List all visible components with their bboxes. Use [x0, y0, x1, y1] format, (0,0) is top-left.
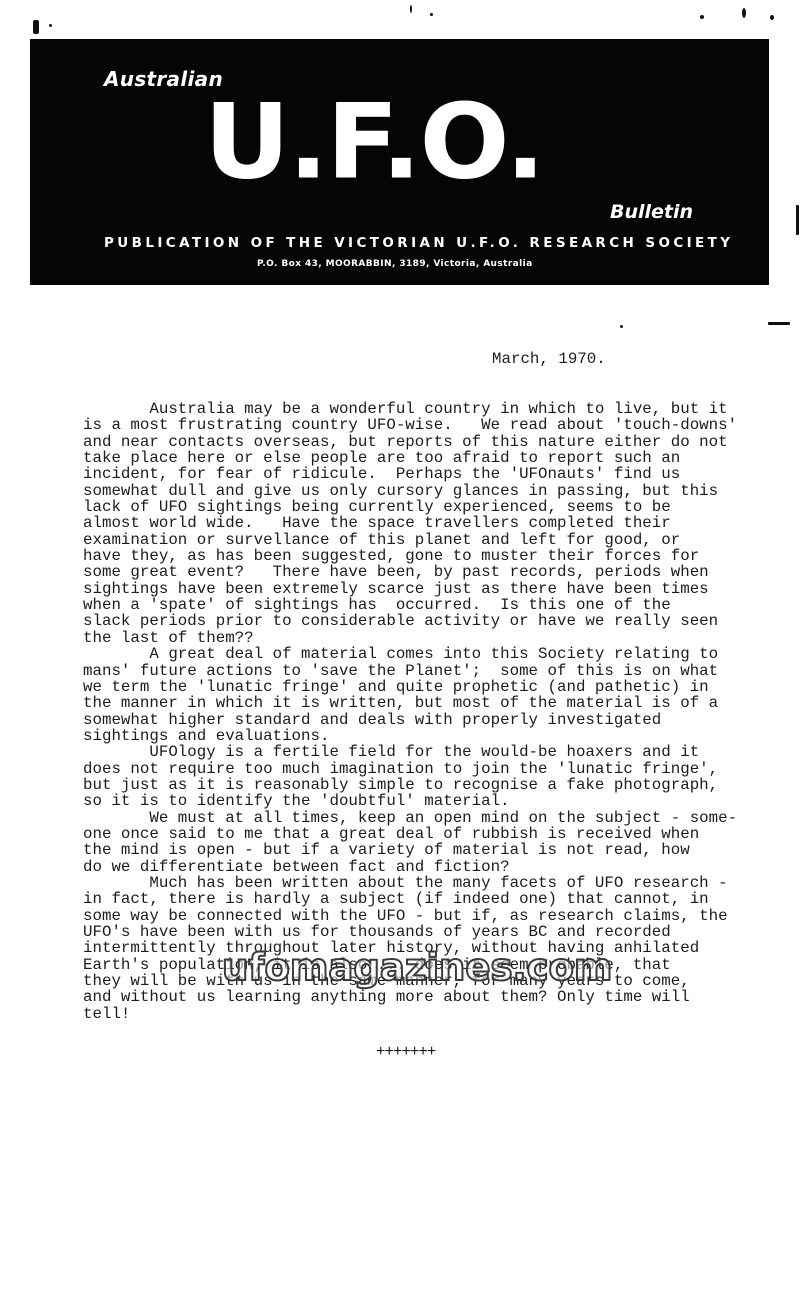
scan-artifact	[770, 15, 774, 20]
body-line: lack of UFO sightings being currently ex…	[83, 499, 783, 515]
body-line: somewhat higher standard and deals with …	[83, 712, 783, 728]
body-line: Australia may be a wonderful country in …	[83, 401, 783, 417]
body-line: sightings have been extremely scarce jus…	[83, 581, 783, 597]
body-line: mans' future actions to 'save the Planet…	[83, 663, 783, 679]
masthead-title: U.F.O.	[204, 90, 544, 194]
body-line: We must at all times, keep an open mind …	[83, 810, 783, 826]
scan-artifact	[410, 5, 412, 13]
body-line: and without us learning anything more ab…	[83, 989, 783, 1005]
body-line: when a 'spate' of sightings has occurred…	[83, 597, 783, 613]
masthead-subtitle: Bulletin	[610, 201, 693, 223]
body-line: UFOlogy is a fertile field for the would…	[83, 744, 783, 760]
body-line: so it is to identify the 'doubtful' mate…	[83, 793, 783, 809]
body-line: do we differentiate between fact and fic…	[83, 859, 783, 875]
body-line: the mind is open - but if a variety of m…	[83, 842, 783, 858]
body-line: take place here or else people are too a…	[83, 450, 783, 466]
body-line: somewhat dull and give us only cursory g…	[83, 483, 783, 499]
body-line: one once said to me that a great deal of…	[83, 826, 783, 842]
body-line: examination or survellance of this plane…	[83, 532, 783, 548]
body-line: tell!	[83, 1006, 783, 1022]
scan-artifact	[768, 322, 790, 325]
watermark: ufomagazines.com	[222, 946, 612, 989]
scan-artifact	[49, 24, 52, 27]
body-line: slack periods prior to considerable acti…	[83, 613, 783, 629]
body-line: we term the 'lunatic fringe' and quite p…	[83, 679, 783, 695]
body-line: Much has been written about the many fac…	[83, 875, 783, 891]
body-line: and near contacts overseas, but reports …	[83, 434, 783, 450]
scan-artifact	[700, 15, 704, 19]
body-line: have they, as has been suggested, gone t…	[83, 548, 783, 564]
body-line: the last of them??	[83, 630, 783, 646]
body-line: some great event? There have been, by pa…	[83, 564, 783, 580]
body-line: is a most frustrating country UFO-wise. …	[83, 417, 783, 433]
editorial-body: Australia may be a wonderful country in …	[83, 401, 783, 1022]
body-line: the manner in which it is written, but m…	[83, 695, 783, 711]
scan-artifact	[796, 205, 799, 235]
body-line: but just as it is reasonably simple to r…	[83, 777, 783, 793]
body-line: almost world wide. Have the space travel…	[83, 515, 783, 531]
publisher-address: P.O. Box 43, MOORABBIN, 3189, Victoria, …	[257, 259, 533, 269]
scan-artifact	[430, 13, 433, 16]
end-mark: +++++++	[376, 1043, 435, 1061]
scan-artifact	[33, 20, 39, 34]
publication-line: PUBLICATION OF THE VICTORIAN U.F.O. RESE…	[104, 235, 733, 251]
body-line: incident, for fear of ridicule. Perhaps …	[83, 466, 783, 482]
body-line: sightings and evaluations.	[83, 728, 783, 744]
body-line: some way be connected with the UFO - but…	[83, 908, 783, 924]
body-line: in fact, there is hardly a subject (if i…	[83, 891, 783, 907]
body-line: UFO's have been with us for thousands of…	[83, 924, 783, 940]
body-line: A great deal of material comes into this…	[83, 646, 783, 662]
body-line: does not require too much imagination to…	[83, 761, 783, 777]
masthead-banner: Australian U.F.O. Bulletin PUBLICATION O…	[30, 39, 769, 285]
scan-artifact	[742, 8, 746, 18]
scan-artifact	[620, 325, 623, 328]
issue-date: March, 1970.	[492, 350, 606, 368]
